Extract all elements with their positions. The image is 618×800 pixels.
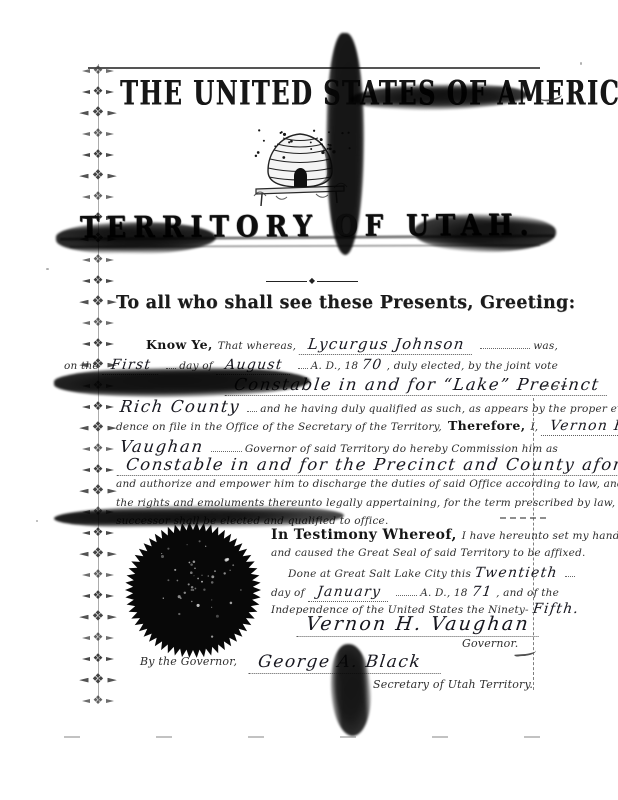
ad-text: A. D., 18: [311, 360, 358, 372]
governor-label: Governor.: [462, 637, 518, 650]
fill-line: [565, 564, 575, 577]
border-ornament-icon: ❖: [79, 541, 117, 566]
that-whereas-text: That whereas,: [218, 340, 296, 352]
pen-mark: [500, 517, 546, 519]
border-ornament-icon: ❖: [82, 627, 114, 648]
document-title: THE UNITED STATES OF AMERICA.: [120, 78, 520, 107]
by-governor-text: By the Governor,: [140, 655, 237, 668]
border-ornament-icon: ❖: [82, 375, 114, 396]
border-ornament-icon: ❖: [82, 81, 114, 102]
body-line-county: Rich County and he having duly qualified…: [116, 397, 556, 416]
border-ornament-icon: ❖: [82, 648, 114, 669]
body-line-authorize: and authorize and empower him to dischar…: [116, 478, 558, 490]
done-day-fill: Twentieth: [474, 565, 559, 581]
scan-artifact-dashes: [64, 736, 556, 738]
territorial-seal-icon: [124, 521, 262, 659]
border-ornament-icon: ❖: [82, 438, 114, 459]
therefore-label: Therefore,: [448, 418, 526, 433]
and-of-the-text: , and of the: [496, 587, 559, 599]
on-the-text: on the: [64, 360, 99, 372]
secretary-signature: George A. Black: [249, 652, 444, 674]
body-line-commission: Vaughan Governor of said Territory do he…: [116, 437, 558, 456]
day-of-text: day of: [179, 360, 213, 372]
done-at-clause: Done at Great Salt Lake City this: [288, 568, 471, 580]
fill-line: [480, 336, 530, 349]
scan-speck: [580, 62, 582, 65]
set-hand-clause: I have hereunto set my hand: [462, 530, 618, 542]
border-ornament-icon: ❖: [82, 585, 114, 606]
appointee-name: Lycurgus Johnson: [299, 335, 474, 355]
governor-signature-line: Vernon H. Vaughan: [294, 613, 544, 637]
divider-diamond-icon: ◆: [307, 277, 317, 285]
ornamental-border: ❖❖❖❖❖❖❖❖❖❖❖❖❖❖❖❖❖❖❖❖❖❖❖❖❖❖❖❖❖❖❖: [82, 60, 114, 705]
territory-banner: TERRITORY OF UTAH.: [58, 212, 558, 256]
testimony-line-2: and caused the Great Seal of said Territ…: [271, 547, 559, 559]
scan-speck: [46, 268, 49, 270]
i-text: I,: [530, 421, 538, 433]
divider-ornament: ◆: [266, 277, 358, 285]
office2-fill: Constable in and for the Precinct and Co…: [117, 455, 618, 476]
border-ornament-icon: ❖: [79, 289, 117, 314]
border-ornament-icon: ❖: [79, 100, 117, 125]
secretary-label-line: Secretary of Utah Territory.: [373, 678, 533, 691]
by-governor-line: By the Governor,: [140, 655, 237, 668]
fold-crease-line: [533, 398, 534, 690]
fill-line: [247, 399, 257, 412]
know-ye-label: Know Ye,: [146, 337, 213, 352]
body-line-office: Constable in and for “Lake” Precinct: [222, 375, 544, 396]
border-ornament-icon: ❖: [82, 501, 114, 522]
authorize-clause: and authorize and empower him to dischar…: [116, 478, 618, 490]
secretary-signature-line: George A. Black: [246, 652, 446, 674]
fill-line: [298, 356, 308, 369]
body-line-office2: Constable in and for the Precinct and Co…: [114, 455, 556, 476]
day-fill: First: [102, 357, 160, 375]
day-of-text-2: day of: [271, 587, 305, 599]
county-fill: Rich County: [119, 397, 242, 416]
body-line-rights: the rights and emoluments thereunto lega…: [116, 497, 558, 509]
year-fill-2: 71: [471, 584, 493, 600]
year-fill: 70: [361, 357, 383, 373]
border-ornament-icon: ❖: [82, 312, 114, 333]
border-ornament-icon: ❖: [82, 144, 114, 165]
governor-last-fill: Vaughan: [119, 437, 205, 456]
pen-mark: [543, 385, 567, 387]
seal-clause: and caused the Great Seal of said Territ…: [271, 547, 586, 559]
scan-speck: [36, 520, 38, 522]
governor-first-fill: Vernon H: [541, 418, 618, 436]
testimony-line-1: In Testimony Whereof, I have hereunto se…: [271, 527, 559, 543]
elected-clause: , duly elected, by the joint vote: [387, 360, 558, 372]
certificate-page: ❖❖❖❖❖❖❖❖❖❖❖❖❖❖❖❖❖❖❖❖❖❖❖❖❖❖❖❖❖❖❖ THE UNIT…: [0, 0, 618, 800]
fill-line: [396, 583, 417, 596]
border-ornament-icon: ❖: [82, 690, 114, 711]
top-border-rule: [88, 67, 540, 69]
testimony-line-4: day of January A. D., 18 71 , and of the: [271, 583, 559, 602]
border-ornament-icon: ❖: [82, 60, 114, 81]
border-ornament-icon: ❖: [82, 123, 114, 144]
border-ornament-icon: ❖: [79, 415, 117, 440]
body-line-elected: on the First day of August A. D., 18 70 …: [64, 356, 558, 375]
month-fill-2: January: [308, 584, 390, 602]
border-ornament-icon: ❖: [82, 522, 114, 543]
commission-clause: Governor of said Territory do hereby Com…: [245, 443, 558, 455]
secretary-label: Secretary of Utah Territory.: [373, 678, 533, 691]
body-line-know-ye: Know Ye, That whereas, Lycurgus Johnson …: [146, 335, 558, 355]
border-ornament-icon: ❖: [82, 396, 114, 417]
fill-line: [166, 356, 176, 369]
ad-text-2: A. D., 18: [420, 587, 467, 599]
month-fill: August: [216, 357, 292, 375]
was-text: was,: [533, 340, 558, 352]
in-testimony-label: In Testimony Whereof,: [271, 527, 457, 543]
border-ornament-icon: ❖: [79, 163, 117, 188]
beehive-icon: [246, 126, 354, 212]
border-ornament-icon: ❖: [82, 333, 114, 354]
border-ornament-icon: ❖: [79, 667, 117, 692]
rights-clause: the rights and emoluments thereunto lega…: [116, 497, 618, 509]
border-ornament-icon: ❖: [79, 478, 117, 503]
governor-label-line: Governor.: [462, 637, 518, 650]
testimony-line-3: Done at Great Salt Lake City this Twenti…: [288, 564, 559, 581]
evidence-clause: dence on file in the Office of the Secre…: [116, 421, 442, 433]
body-line-therefore: dence on file in the Office of the Secre…: [116, 417, 558, 436]
border-ornament-icon: ❖: [82, 564, 114, 585]
border-ornament-icon: ❖: [82, 186, 114, 207]
greeting-line: To all who shall see these Presents, Gre…: [116, 293, 512, 313]
governor-signature: Vernon H. Vaughan: [297, 613, 542, 637]
border-ornament-icon: ❖: [82, 270, 114, 291]
fill-line: [211, 439, 242, 452]
border-ornament-icon: ❖: [79, 604, 117, 629]
territory-banner-text: TERRITORY OF UTAH.: [80, 209, 536, 245]
border-ornament-icon: ❖: [82, 459, 114, 480]
qualified-clause: and he having duly qualified as such, as…: [260, 403, 618, 415]
